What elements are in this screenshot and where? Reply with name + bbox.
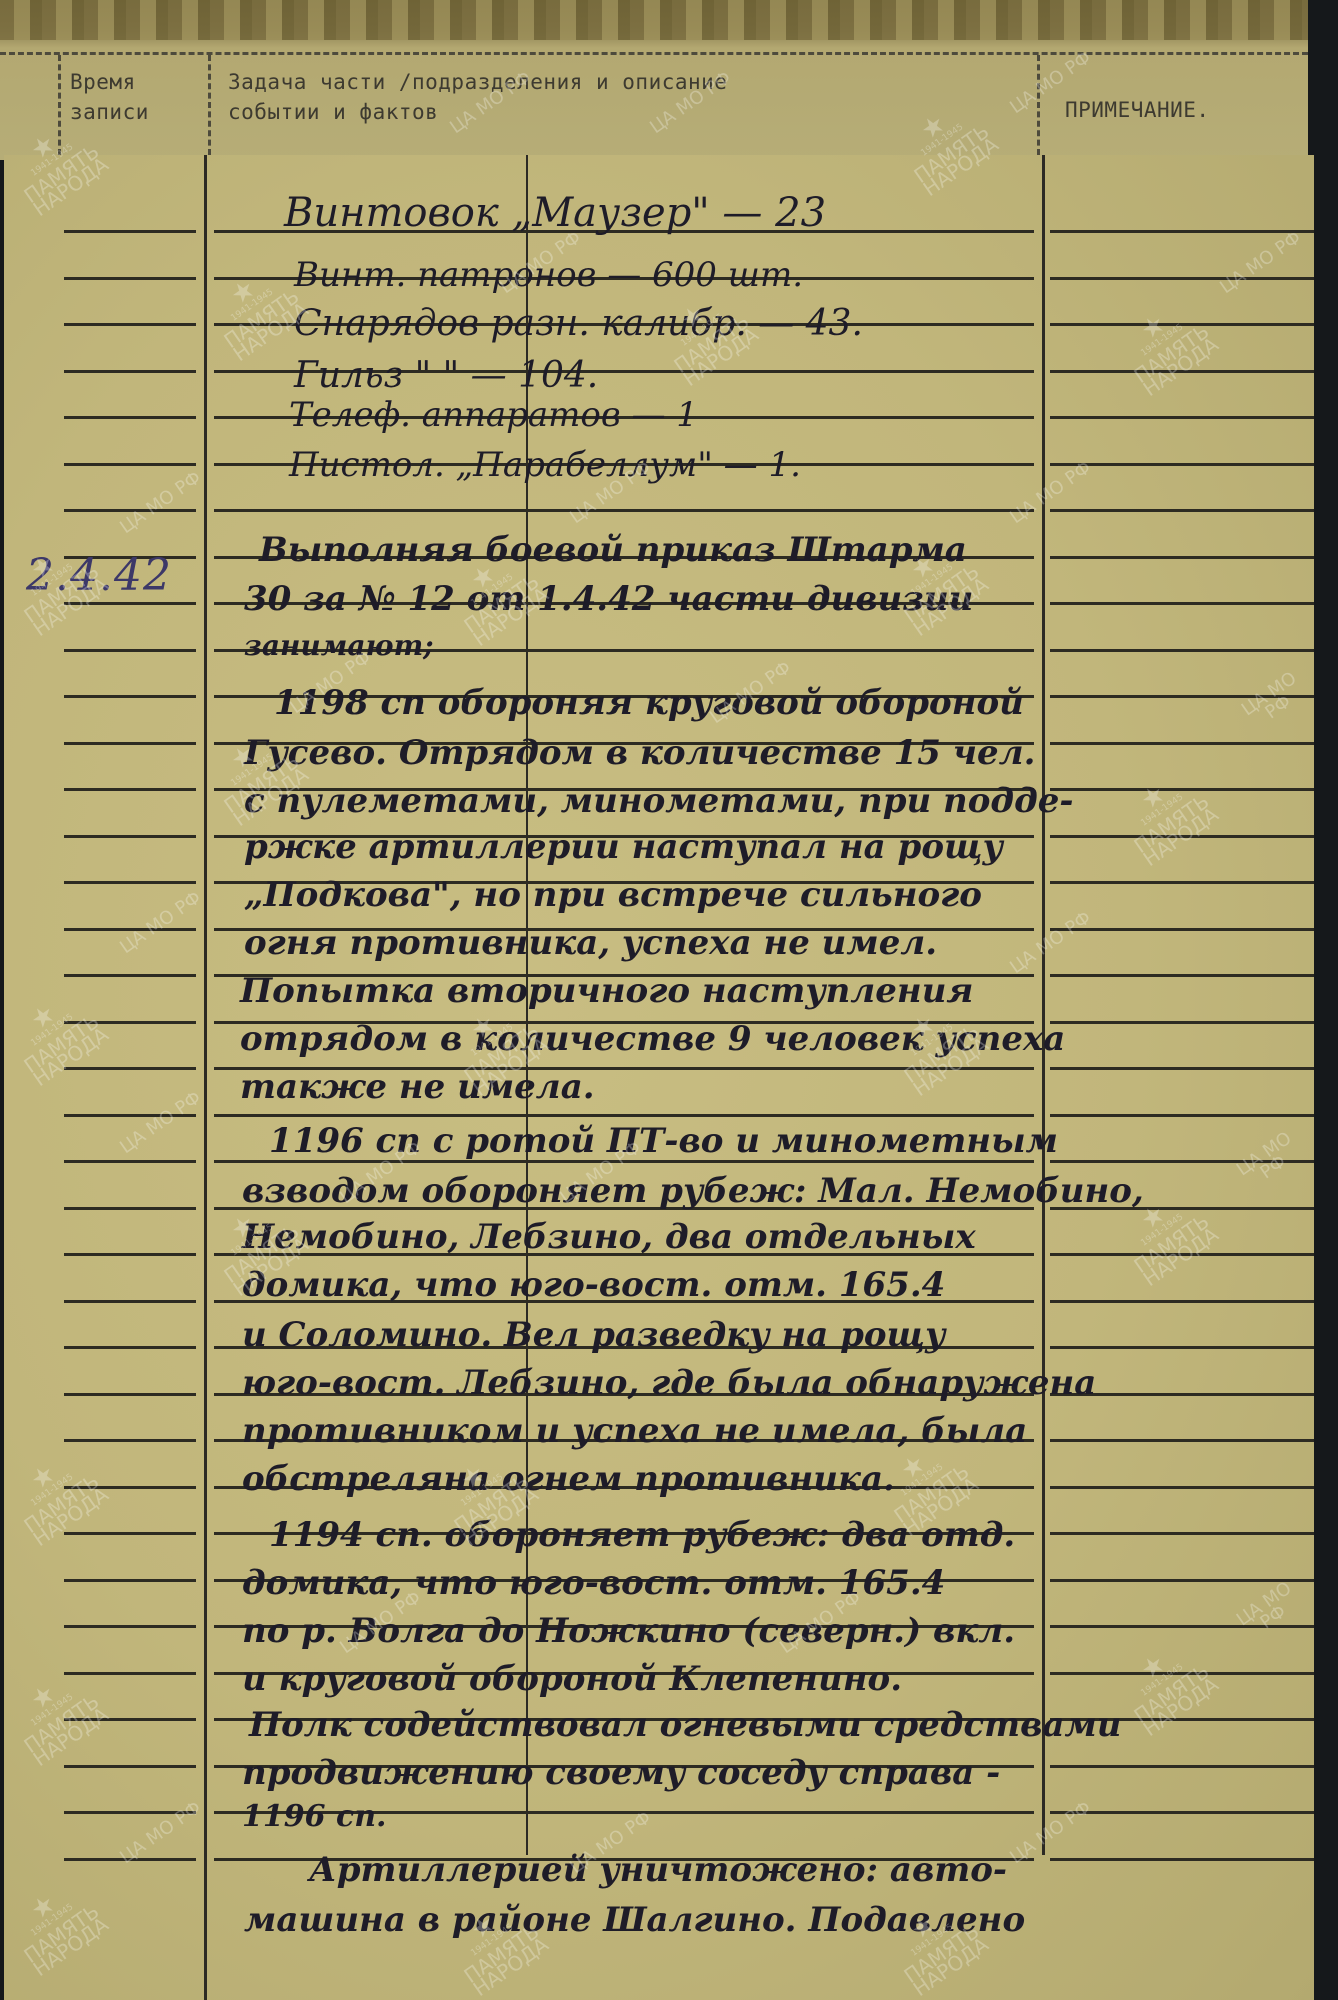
entry-line: противником и успеха не имела, была	[242, 1411, 1027, 1451]
entry-line: 1196 сп.	[242, 1799, 386, 1834]
entry-line: Попытка вторичного наступления	[240, 971, 974, 1011]
watermark-archive: ЦА МО РФ	[1232, 665, 1316, 737]
ruled-line	[1050, 835, 1314, 838]
entry-line: продвижению своему соседу справа -	[242, 1753, 1000, 1793]
entry-line: 1196 сп с ротой ПТ-во и минометным	[269, 1121, 1058, 1161]
ruled-line	[64, 602, 196, 605]
entry-line: „Подкова", но при встрече сильного	[244, 875, 982, 915]
entry-line: Выполняя боевой приказ Штарма	[259, 530, 967, 570]
ruled-line	[64, 323, 196, 326]
entry-line: и Соломино. Вел разведку на рощу	[242, 1315, 945, 1355]
ruled-line	[1050, 695, 1314, 698]
ruled-line	[1050, 416, 1314, 419]
ruled-line	[64, 1067, 196, 1070]
watermark-archive: ЦА МО РФ	[118, 1800, 204, 1867]
ruled-line	[64, 1114, 196, 1117]
entry-line: взводом обороняет рубеж: Мал. Немобино,	[242, 1171, 1144, 1211]
ruled-line	[64, 1858, 196, 1861]
ruled-line	[1050, 1253, 1314, 1256]
ruled-line	[64, 1021, 196, 1024]
ruled-line	[1050, 509, 1314, 512]
ruled-line	[64, 463, 196, 466]
header-separator	[58, 55, 61, 155]
ruled-line	[1050, 556, 1314, 559]
inventory-line: Пистол. „Парабеллум" — 1.	[289, 445, 801, 485]
journal-page: Винтовок „Маузер" — 23 Винт. патронов — …	[4, 155, 1314, 2000]
column-divider-time	[204, 155, 207, 2000]
ruled-line	[1050, 1858, 1314, 1861]
ruled-line	[64, 1346, 196, 1349]
ruled-line	[64, 1300, 196, 1303]
ruled-line	[1050, 1114, 1314, 1117]
ruled-line	[1050, 974, 1314, 977]
ruled-line	[64, 1718, 196, 1721]
entry-line: также не имела.	[240, 1067, 595, 1107]
ruled-line	[64, 230, 196, 233]
ruled-line	[64, 416, 196, 419]
column-header-row: Время записи Задача части /подразделения…	[0, 52, 1308, 155]
ruled-line	[1050, 788, 1314, 791]
ruled-line	[64, 370, 196, 373]
ruled-line	[1050, 1486, 1314, 1489]
entry-line: с пулеметами, минометами, при подде-	[244, 781, 1073, 821]
ruled-line	[1050, 881, 1314, 884]
header-task-line1: Задача части /подразделения и описание	[228, 67, 727, 97]
watermark-archive: ЦА МО РФ	[1008, 910, 1094, 977]
entry-line: и круговой обороной Клепенино.	[242, 1659, 902, 1699]
ruled-line	[64, 277, 196, 280]
entry-line: огня противника, успеха не имел.	[244, 923, 937, 963]
entry-line: Гусево. Отрядом в количестве 15 чел.	[244, 733, 1035, 773]
ruled-line	[64, 1486, 196, 1489]
ruled-line	[1050, 1765, 1314, 1768]
ruled-line	[1050, 370, 1314, 373]
ruled-line	[64, 1625, 196, 1628]
entry-line: отрядом в количестве 9 человек успеха	[240, 1019, 1065, 1059]
inventory-line: Телеф. аппаратов — 1	[289, 395, 698, 435]
watermark-archive: ЦА МО РФ	[1008, 460, 1094, 527]
entry-line: Полк содействовал огневыми средствами	[249, 1705, 1122, 1745]
ruled-line	[64, 649, 196, 652]
watermark-archive: ЦА МО РФ	[1218, 230, 1304, 297]
entry-line: занимают;	[244, 629, 434, 662]
entry-line: ржке артиллерии наступал на рощу	[244, 827, 1003, 867]
ruled-line	[1050, 1625, 1314, 1628]
ruled-line	[64, 1439, 196, 1442]
watermark-pamyat-naroda: ★1941-1945ПАМЯТЬНАРОДА	[1113, 766, 1220, 868]
inventory-line: Винтовок „Маузер" — 23	[284, 190, 826, 236]
ruled-line	[64, 1253, 196, 1256]
entry-line: машина в районе Шалгино. Подавлено	[244, 1900, 1025, 1940]
watermark-pamyat-naroda: ★1941-1945ПАМЯТЬНАРОДА	[3, 986, 110, 1088]
entry-line: Артиллерией уничтожено: авто-	[309, 1850, 1007, 1890]
ruled-line	[64, 788, 196, 791]
inventory-line: Гильз " " — 104.	[294, 355, 598, 396]
ruled-line	[1050, 602, 1314, 605]
ruled-line	[1050, 1672, 1314, 1675]
watermark-pamyat-naroda: ★1941-1945ПАМЯТЬНАРОДА	[3, 1876, 110, 1978]
ruled-line	[64, 1811, 196, 1814]
ruled-line	[1050, 463, 1314, 466]
ruled-line	[64, 1765, 196, 1768]
inventory-line: Винт. патронов — 600 шт.	[294, 255, 803, 295]
ruled-line	[64, 509, 196, 512]
ruled-line	[1050, 928, 1314, 931]
watermark-archive: ЦА МО РФ	[118, 1090, 204, 1157]
header-task-line2: событии и фактов	[228, 97, 727, 127]
ruled-line	[64, 742, 196, 745]
entry-line: домика, что юго-вост. отм. 165.4	[242, 1265, 945, 1305]
entry-line: домика, что юго-вост. отм. 165.4	[242, 1563, 945, 1603]
watermark-pamyat-naroda: ★1941-1945ПАМЯТЬНАРОДА	[1113, 296, 1220, 398]
entry-line: обстреляна огнем противника.	[242, 1459, 895, 1499]
ruled-line	[214, 1114, 1034, 1117]
header-note-column: ПРИМЕЧАНИЕ.	[1065, 95, 1210, 125]
header-separator	[1037, 55, 1040, 155]
ruled-line	[1050, 1021, 1314, 1024]
entry-line: 30 за № 12 от 1.4.42 части дивизии	[244, 579, 973, 619]
entry-line: 1198 сп обороняя круговой обороной	[274, 683, 1024, 723]
entry-line: Немобино, Лебзино, два отдельных	[242, 1217, 976, 1257]
ruled-line	[1050, 1811, 1314, 1814]
ruled-line	[64, 695, 196, 698]
watermark-archive: ЦА МО РФ	[118, 470, 204, 537]
entry-date: 2.4.42	[26, 550, 172, 601]
entry-line: юго-вост. Лебзино, где была обнаружена	[242, 1363, 1096, 1403]
header-sheet: Время записи Задача части /подразделения…	[0, 0, 1308, 160]
header-task-column: Задача части /подразделения и описание с…	[228, 67, 727, 127]
ruled-line	[64, 928, 196, 931]
ruled-line	[1050, 1579, 1314, 1582]
ruled-line	[1050, 1532, 1314, 1535]
header-time-line2: записи	[70, 97, 149, 127]
ruled-line	[64, 1532, 196, 1535]
ruled-line	[64, 974, 196, 977]
watermark-pamyat-naroda: ★1941-1945ПАМЯТЬНАРОДА	[3, 1666, 110, 1768]
ruled-line	[64, 1579, 196, 1582]
ruled-line	[64, 881, 196, 884]
ruled-line	[1050, 1160, 1314, 1163]
entry-line: по р. Волга до Ножкино (северн.) вкл.	[242, 1611, 1015, 1651]
header-time-line1: Время	[70, 67, 149, 97]
ruled-line	[214, 509, 1034, 512]
ruled-line	[1050, 1067, 1314, 1070]
ruled-line	[1050, 277, 1314, 280]
ruled-line	[64, 1672, 196, 1675]
ruled-line	[1050, 1346, 1314, 1349]
entry-line: 1194 сп. обороняет рубеж: два отд.	[269, 1515, 1015, 1555]
ruled-line	[1050, 1300, 1314, 1303]
ruled-line	[1050, 742, 1314, 745]
ruled-line	[1050, 1439, 1314, 1442]
header-separator	[208, 55, 211, 155]
ruled-line	[64, 1207, 196, 1210]
inventory-line: Снарядов разн. калибр. — 43.	[294, 303, 863, 344]
watermark-archive: ЦА МО РФ	[118, 890, 204, 957]
ruled-line	[1050, 323, 1314, 326]
torn-edge	[0, 0, 1308, 40]
ruled-line	[64, 835, 196, 838]
watermark-archive: ЦА МО РФ	[1008, 1800, 1094, 1867]
header-time-column: Время записи	[70, 67, 149, 127]
watermark-pamyat-naroda: ★1941-1945ПАМЯТЬНАРОДА	[1113, 1636, 1220, 1738]
ruled-line	[1050, 230, 1314, 233]
ruled-line	[64, 1393, 196, 1396]
ruled-line	[1050, 649, 1314, 652]
watermark-archive: ЦА МО РФ	[1223, 1572, 1315, 1650]
column-divider-note	[1042, 155, 1045, 1855]
ruled-line	[64, 1160, 196, 1163]
